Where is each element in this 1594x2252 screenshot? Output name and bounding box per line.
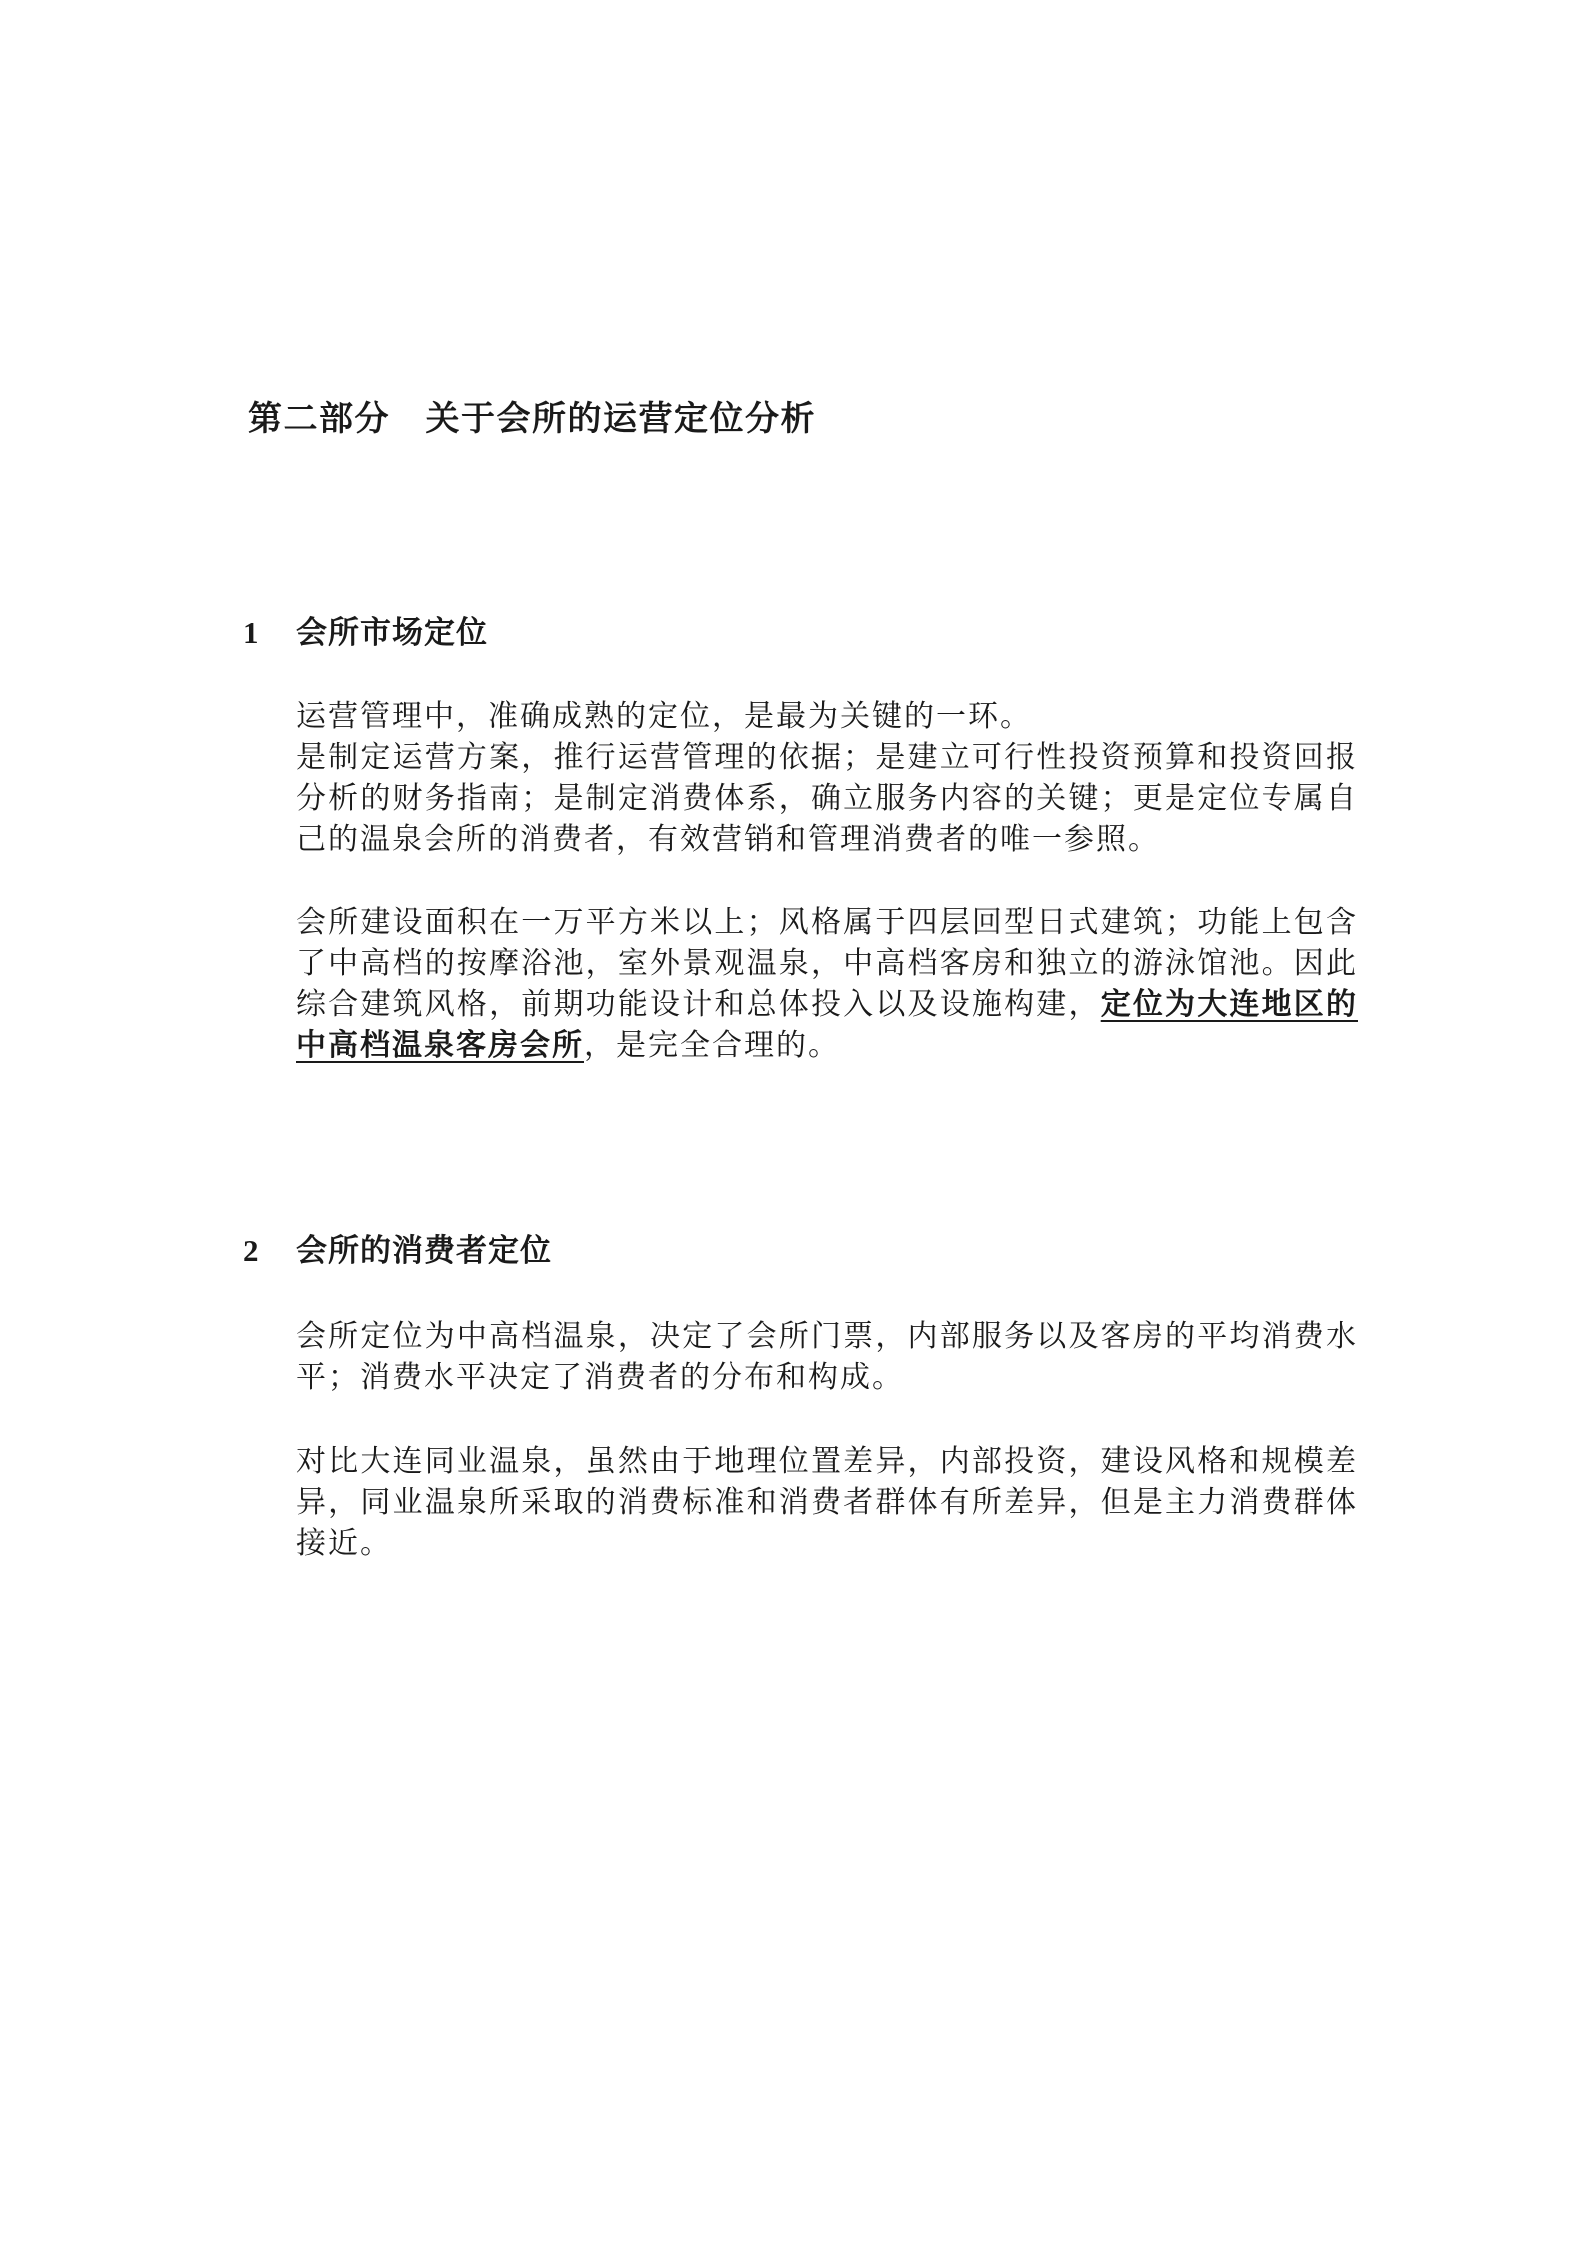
section-2-paragraph-2: 对比大连同业温泉，虽然由于地理位置差异，内部投资，建设风格和规模差异，同业温泉所… (296, 1441, 1358, 1564)
section-1-number: 1 (243, 612, 296, 654)
document-title: 第二部分 关于会所的运营定位分析 (248, 398, 816, 442)
section-2-title: 会所的消费者定位 (296, 1233, 552, 1268)
paragraph-text: 是制定运营方案，推行运营管理的依据；是建立可行性投资预算和投资回报分析的财务指南… (296, 741, 1358, 856)
document-page: 第二部分 关于会所的运营定位分析 1会所市场定位 运营管理中，准确成熟的定位，是… (0, 0, 1594, 2252)
paragraph-text: 会所定位为中高档温泉，决定了会所门票，内部服务以及客房的平均消费水平；消费水平决… (296, 1320, 1358, 1394)
section-2-heading: 2会所的消费者定位 (243, 1230, 552, 1272)
paragraph-text: 对比大连同业温泉，虽然由于地理位置差异，内部投资，建设风格和规模差异，同业温泉所… (296, 1445, 1358, 1560)
paragraph-text: ，是完全合理的。 (584, 1029, 840, 1062)
section-2-number: 2 (243, 1230, 296, 1272)
section-1-title: 会所市场定位 (296, 615, 488, 650)
section-1-paragraph-1: 运营管理中，准确成熟的定位，是最为关键的一环。 是制定运营方案，推行运营管理的依… (296, 696, 1358, 860)
paragraph-text: 运营管理中，准确成熟的定位，是最为关键的一环。 (296, 700, 1032, 733)
section-1-heading: 1会所市场定位 (243, 612, 488, 654)
section-1-paragraph-2: 会所建设面积在一万平方米以上；风格属于四层回型日式建筑；功能上包含了中高档的按摩… (296, 902, 1358, 1066)
section-2-paragraph-1: 会所定位为中高档温泉，决定了会所门票，内部服务以及客房的平均消费水平；消费水平决… (296, 1316, 1358, 1398)
